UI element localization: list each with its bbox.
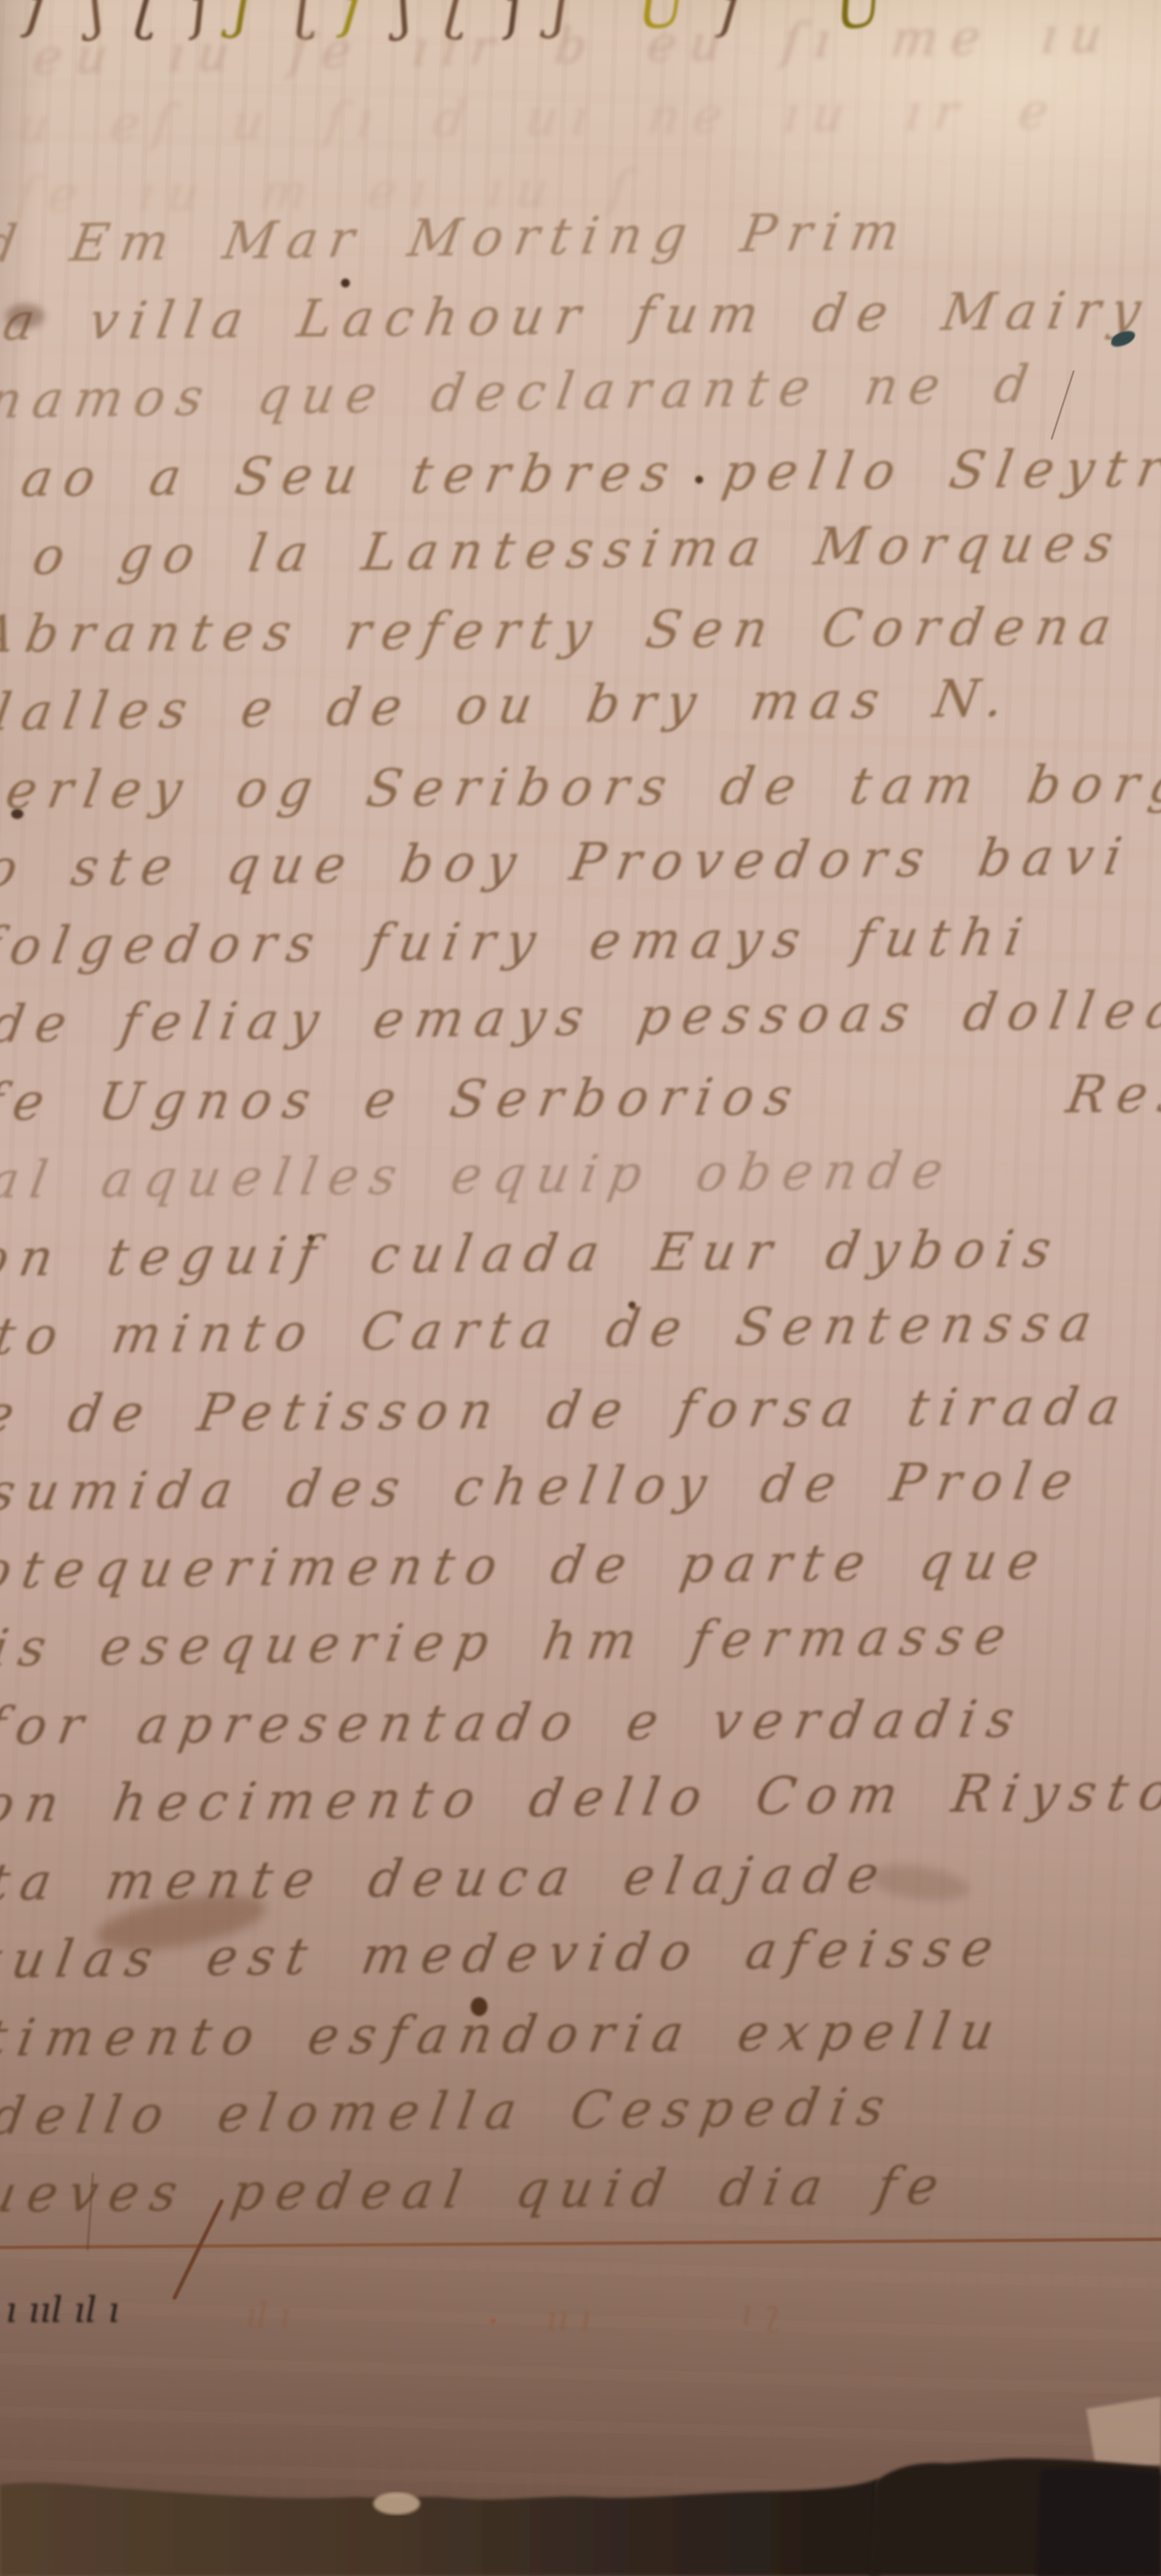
below-rule-mark-2: ıl ı xyxy=(245,2295,291,2336)
manuscript-line-9: o ste que boy Provedors bavi xyxy=(0,826,1137,898)
manuscript-line-2: ta villa Lachour fum de Mairy xyxy=(0,280,1157,352)
manuscript-line-8: terley og Seribors de tam borgado xyxy=(0,753,1161,820)
manuscript-line-20: for apresentado e verdadis xyxy=(0,1689,1030,1756)
manuscript-line-22: ta mente deuca elajade xyxy=(0,1845,894,1912)
below-rule-mark-1: ı ııl ıl ı xyxy=(6,2290,119,2331)
below-rule-mark-4: ıı ı xyxy=(546,2298,592,2339)
ink-dot-4 xyxy=(628,1301,636,1309)
ink-dot-2 xyxy=(695,476,703,484)
manuscript-line-10: folgedors fuiry emays futhi xyxy=(0,907,1038,976)
table-surface xyxy=(0,2479,880,2576)
ink-dot-5 xyxy=(308,1235,314,1241)
manuscript-line-12: fe Ugnos e Serborios Res xyxy=(0,1064,1161,1132)
below-rule-mark-3: · xyxy=(487,2301,499,2342)
manuscript-line-18: otequerimento de parte que xyxy=(0,1531,1055,1600)
manuscript-line-19: is esequeriep hm fermasse xyxy=(0,1606,1021,1678)
paper-fleck-on-edge xyxy=(373,2492,420,2515)
below-rule-mark-5: ı ʅ xyxy=(741,2292,781,2334)
manuscript-photo: ſʃɭſʃɭſʃɭſʃUſU eu ıu ſe ıır b eu ſı me ı… xyxy=(0,0,1161,2576)
manuscript-line-14: on teguif culada Eur dybois xyxy=(0,1219,1067,1288)
manuscript-line-13: al aquelles equip obende xyxy=(0,1140,959,1210)
manuscript-line-17: sumida des chelloy de Prole xyxy=(0,1451,1088,1522)
manuscript-line-26: ueves pedeal quid dia fe xyxy=(0,2156,954,2224)
darkest-corner xyxy=(1036,2467,1161,2576)
ink-dot-3 xyxy=(471,1997,487,2016)
ink-dot-1 xyxy=(341,279,350,287)
manuscript-line-24: timento esfandoria expellu xyxy=(0,2001,1009,2068)
page-bottom-edge xyxy=(0,2375,1161,2576)
under-sheet-wedge xyxy=(1086,2397,1161,2471)
ink-dot-6 xyxy=(11,809,23,819)
manuscript-line-6: Abrantes referty Sen Cordena xyxy=(0,597,1127,664)
stain-blot-2 xyxy=(6,304,45,329)
manuscript-line-4: ao a Seu terbres pello Sleytri xyxy=(17,438,1161,508)
manuscript-line-16: e de Petisson de forsa tirada xyxy=(0,1377,1135,1445)
manuscript-line-25: dello elomella Cespedis xyxy=(0,2077,900,2146)
manuscript-line-21: on hecimento dello Com Riysto xyxy=(0,1762,1161,1834)
